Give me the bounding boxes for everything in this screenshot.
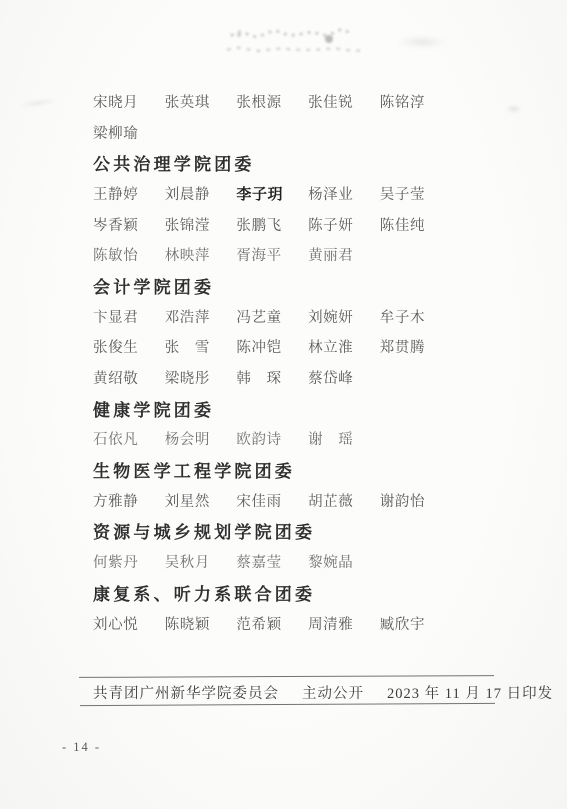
- person-name: 林立淮: [308, 336, 380, 357]
- roster-content: 宋晓月 张英琪 张根源 张佳锐 陈铭淳 梁柳瑜 公共治理学院团委 王静婷 刘晨静…: [93, 86, 541, 638]
- person-name: 蔡岱峰: [308, 367, 380, 388]
- person-name: 陈佳纯: [380, 214, 452, 235]
- scanned-document-page: 宋晓月 张英琪 张根源 张佳锐 陈铭淳 梁柳瑜 公共治理学院团委 王静婷 刘晨静…: [0, 0, 567, 809]
- section-header: 生物医学工程学院团委: [93, 454, 541, 485]
- person-name: 臧欣宇: [380, 613, 452, 634]
- person-name: 张鹏飞: [236, 214, 308, 235]
- section-header-label: 健康学院团委: [93, 396, 214, 421]
- person-name: 周清雅: [308, 613, 380, 634]
- person-name: 吴秋月: [165, 551, 237, 572]
- name-row: 方雅静 刘星然 宋佳雨 胡芷薇 谢韵怡: [93, 485, 541, 516]
- section-header: 资源与城乡规划学院团委: [93, 516, 541, 547]
- person-name: 陈子妍: [308, 214, 380, 235]
- section-header-label: 会计学院团委: [93, 273, 214, 298]
- person-name: 张 雪: [165, 336, 237, 357]
- section-header-label: 资源与城乡规划学院团委: [93, 518, 315, 543]
- person-name: 杨泽业: [308, 183, 380, 204]
- person-name: 张俊生: [93, 336, 165, 357]
- person-name: 林映萍: [165, 244, 237, 265]
- person-name: 张锦滢: [165, 214, 237, 235]
- section-header-label: 生物医学工程学院团委: [93, 457, 295, 482]
- person-name: 宋晓月: [93, 91, 165, 112]
- person-name: 张英琪: [165, 91, 237, 112]
- page-number: - 14 -: [62, 740, 101, 755]
- scan-smudge: [18, 97, 58, 109]
- disclosure-label: 主动公开: [302, 682, 364, 703]
- person-name: 郑贯腾: [380, 336, 452, 357]
- person-name: 刘星然: [165, 490, 237, 511]
- person-name: 石依凡: [93, 428, 165, 449]
- person-name: 陈敏怡: [93, 244, 165, 265]
- section-header: 公共治理学院团委: [93, 147, 541, 178]
- person-name: 张佳锐: [308, 91, 380, 112]
- person-name: 王静婷: [93, 183, 165, 204]
- person-name: 韩 琛: [236, 367, 308, 388]
- name-row: 卞显君 邓浩萍 冯艺童 刘婉妍 牟子木: [93, 301, 541, 332]
- person-name: 陈晓颖: [165, 613, 237, 634]
- person-name: 黄丽君: [308, 244, 380, 265]
- person-name: 胡芷薇: [308, 490, 380, 511]
- person-name: 梁晓彤: [165, 367, 237, 388]
- person-name: 黄绍敬: [93, 367, 165, 388]
- person-name: 梁柳瑜: [93, 122, 165, 143]
- person-name: 岑香颖: [93, 214, 165, 235]
- person-name: 刘婉妍: [308, 306, 380, 327]
- person-name: 谢韵怡: [380, 490, 452, 511]
- section-header-label: 公共治理学院团委: [93, 150, 255, 175]
- person-name: 蔡嘉莹: [236, 551, 308, 572]
- person-name: 何紫丹: [93, 551, 165, 572]
- person-name: 方雅静: [93, 490, 165, 511]
- person-name: 刘晨静: [165, 183, 237, 204]
- section-header: 会计学院团委: [93, 270, 541, 301]
- divider-line: [80, 703, 495, 706]
- person-name: 范希颖: [236, 613, 308, 634]
- name-row: 石依凡 杨会明 欧韵诗 谢 瑶: [93, 424, 541, 455]
- print-date-label: 2023 年 11 月 17 日印发: [387, 682, 553, 703]
- scan-smudge: [396, 36, 448, 48]
- person-name: 陈冲铠: [236, 336, 308, 357]
- name-row: 梁柳瑜: [93, 117, 541, 148]
- name-row: 张俊生 张 雪 陈冲铠 林立淮 郑贯腾: [93, 332, 541, 363]
- person-name: 陈铭淳: [380, 91, 452, 112]
- name-row: 宋晓月 张英琪 张根源 张佳锐 陈铭淳: [93, 86, 541, 117]
- name-row: 岑香颖 张锦滢 张鹏飞 陈子妍 陈佳纯: [93, 209, 541, 240]
- person-name: 吴子莹: [380, 183, 452, 204]
- person-name: 杨会明: [165, 428, 237, 449]
- person-name: 李子玥: [236, 183, 308, 204]
- person-name: 牟子木: [380, 306, 452, 327]
- person-name: 黎婉晶: [308, 551, 380, 572]
- person-name: 邓浩萍: [165, 306, 237, 327]
- name-row: 陈敏怡 林映萍 胥海平 黄丽君: [93, 239, 541, 270]
- name-row: 黄绍敬 梁晓彤 韩 琛 蔡岱峰: [93, 362, 541, 393]
- person-name: 卞显君: [93, 306, 165, 327]
- issuer-label: 共青团广州新华学院委员会: [93, 682, 279, 703]
- colophon-text: 共青团广州新华学院委员会 主动公开 2023 年 11 月 17 日印发: [93, 682, 553, 703]
- name-row: 刘心悦 陈晓颖 范希颖 周清雅 臧欣宇: [93, 608, 541, 639]
- section-header: 健康学院团委: [93, 393, 541, 424]
- name-row: 王静婷 刘晨静 李子玥 杨泽业 吴子莹: [93, 178, 541, 209]
- section-header: 康复系、听力系联合团委: [93, 577, 541, 608]
- person-name: 胥海平: [236, 244, 308, 265]
- person-name: 欧韵诗: [236, 428, 308, 449]
- person-name: 谢 瑶: [308, 428, 380, 449]
- name-row: 何紫丹 吴秋月 蔡嘉莹 黎婉晶: [93, 546, 541, 577]
- person-name: 张根源: [236, 91, 308, 112]
- person-name: 冯艺童: [236, 306, 308, 327]
- person-name: 刘心悦: [93, 613, 165, 634]
- section-header-label: 康复系、听力系联合团委: [93, 580, 315, 605]
- divider-line: [79, 675, 494, 678]
- person-name: 宋佳雨: [236, 490, 308, 511]
